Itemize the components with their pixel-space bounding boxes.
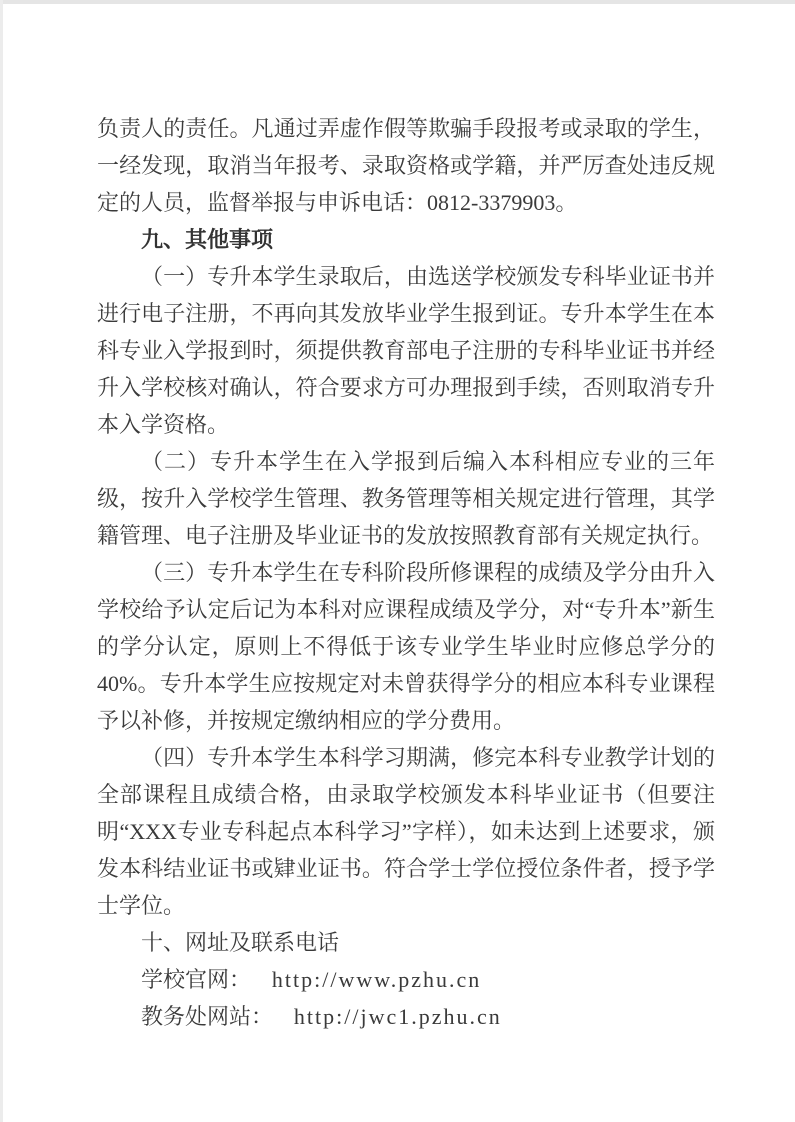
section-9-item-1: （一）专升本学生录取后，由选送学校颁发专科毕业证书并进行电子注册，不再向其发放毕… [97, 258, 715, 443]
paragraph-intro: 负责人的责任。凡通过弄虚作假等欺骗手段报考或录取的学生，一经发现，取消当年报考、… [97, 110, 715, 221]
section-9-item-2: （二）专升本学生在入学报到后编入本科相应专业的三年级，按升入学校学生管理、教务管… [97, 443, 715, 554]
school-site-label: 学校官网： [141, 967, 251, 992]
section-10-heading: 十、网址及联系电话 [97, 924, 715, 961]
page-edge-top [0, 0, 795, 4]
document-content: 负责人的责任。凡通过弄虚作假等欺骗手段报考或录取的学生，一经发现，取消当年报考、… [97, 110, 715, 1035]
section-9-item-3: （三）专升本学生在专科阶段所修课程的成绩及学分由升入学校给予认定后记为本科对应课… [97, 554, 715, 739]
page-edge-left [0, 0, 3, 1122]
school-site-url: http://www.pzhu.cn [272, 967, 481, 992]
section-9-item-4: （四）专升本学生本科学习期满，修完本科专业教学计划的全部课程且成绩合格，由录取学… [97, 739, 715, 924]
jiaowuchu-site-label: 教务处网站： [141, 1004, 273, 1029]
jiaowuchu-site-url: http://jwc1.pzhu.cn [294, 1004, 502, 1029]
document-page: 负责人的责任。凡通过弄虚作假等欺骗手段报考或录取的学生，一经发现，取消当年报考、… [0, 0, 795, 1122]
contact-line-jiaowuchu-site: 教务处网站： http://jwc1.pzhu.cn [97, 998, 715, 1035]
section-9-heading: 九、其他事项 [97, 221, 715, 258]
contact-line-school-site: 学校官网： http://www.pzhu.cn [97, 961, 715, 998]
